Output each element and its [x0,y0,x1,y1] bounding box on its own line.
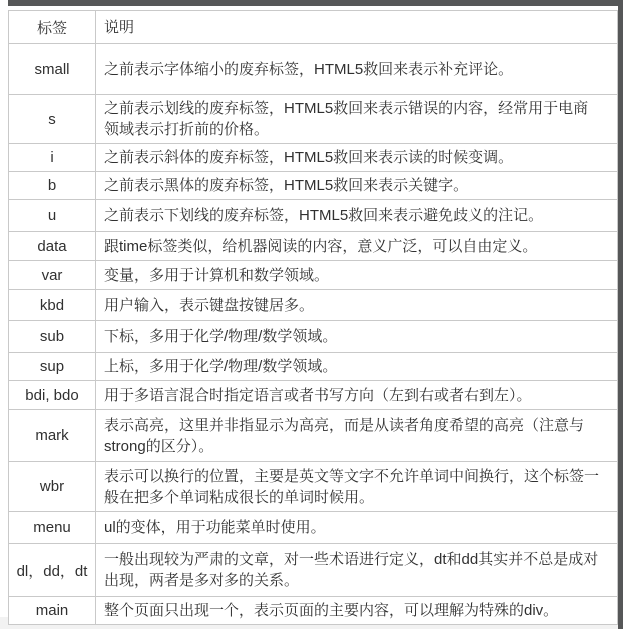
tag-cell: u [9,200,96,232]
description-cell: ul的变体，用于功能菜单时使用。 [96,512,618,544]
table-row: sub 下标，多用于化学/物理/数学领域。 [9,321,618,353]
description-cell: 用于多语言混合时指定语言或者书写方向（左到右或者右到左）。 [96,381,618,410]
table-row: main 整个页面只出现一个，表示页面的主要内容，可以理解为特殊的div。 [9,597,618,625]
description-cell: 之前表示黑体的废弃标签，HTML5救回来表示关键字。 [96,172,618,200]
description-cell: 之前表示字体缩小的废弃标签，HTML5救回来表示补充评论。 [96,44,618,95]
description-cell: 之前表示斜体的废弃标签，HTML5救回来表示读的时候变调。 [96,144,618,172]
table-row: menu ul的变体，用于功能菜单时使用。 [9,512,618,544]
tag-cell: wbr [9,462,96,512]
table-row: b 之前表示黑体的废弃标签，HTML5救回来表示关键字。 [9,172,618,200]
tag-cell: sup [9,353,96,381]
table-row: kbd 用户输入，表示键盘按键居多。 [9,290,618,321]
table-row: bdi, bdo 用于多语言混合时指定语言或者书写方向（左到右或者右到左）。 [9,381,618,410]
tag-cell: b [9,172,96,200]
tag-cell: dl，dd，dt [9,544,96,597]
description-cell: 一般出现较为严肃的文章，对一些术语进行定义，dt和dd其实并不总是成对出现，两者… [96,544,618,597]
table-row: data 跟time标签类似，给机器阅读的内容，意义广泛，可以自由定义。 [9,232,618,261]
description-cell: 之前表示划线的废弃标签，HTML5救回来表示错误的内容，经常用于电商领域表示打折… [96,95,618,144]
top-window-edge [8,0,623,6]
description-cell: 表示可以换行的位置，主要是英文等文字不允许单词中间换行，这个标签一般在把多个单词… [96,462,618,512]
html-tag-reference-table: 标签 说明 small 之前表示字体缩小的废弃标签，HTML5救回来表示补充评论… [8,10,618,625]
table-row: i 之前表示斜体的废弃标签，HTML5救回来表示读的时候变调。 [9,144,618,172]
tag-cell: kbd [9,290,96,321]
description-cell: 上标，多用于化学/物理/数学领域。 [96,353,618,381]
table-row: mark 表示高亮，这里并非指显示为高亮，而是从读者角度希望的高亮（注意与str… [9,410,618,462]
column-header-tag: 标签 [9,11,96,44]
table-row: var 变量，多用于计算机和数学领域。 [9,261,618,290]
table-row: u 之前表示下划线的废弃标签，HTML5救回来表示避免歧义的注记。 [9,200,618,232]
right-window-edge [618,0,623,629]
description-cell: 用户输入，表示键盘按键居多。 [96,290,618,321]
description-cell: 变量，多用于计算机和数学领域。 [96,261,618,290]
description-cell: 整个页面只出现一个，表示页面的主要内容，可以理解为特殊的div。 [96,597,618,625]
table-row: s 之前表示划线的废弃标签，HTML5救回来表示错误的内容，经常用于电商领域表示… [9,95,618,144]
description-cell: 跟time标签类似，给机器阅读的内容，意义广泛，可以自由定义。 [96,232,618,261]
table-row: wbr 表示可以换行的位置，主要是英文等文字不允许单词中间换行，这个标签一般在把… [9,462,618,512]
tag-cell: mark [9,410,96,462]
description-cell: 表示高亮，这里并非指显示为高亮，而是从读者角度希望的高亮（注意与strong的区… [96,410,618,462]
tag-cell: main [9,597,96,625]
column-header-description: 说明 [96,11,618,44]
tag-cell: i [9,144,96,172]
tag-cell: s [9,95,96,144]
table-row: small 之前表示字体缩小的废弃标签，HTML5救回来表示补充评论。 [9,44,618,95]
tag-cell: sub [9,321,96,353]
table-header-row: 标签 说明 [9,11,618,44]
table-row: sup 上标，多用于化学/物理/数学领域。 [9,353,618,381]
description-cell: 之前表示下划线的废弃标签，HTML5救回来表示避免歧义的注记。 [96,200,618,232]
description-cell: 下标，多用于化学/物理/数学领域。 [96,321,618,353]
tag-cell: data [9,232,96,261]
tag-cell: bdi, bdo [9,381,96,410]
tag-cell: small [9,44,96,95]
tag-cell: var [9,261,96,290]
tag-cell: menu [9,512,96,544]
table-row: dl，dd，dt 一般出现较为严肃的文章，对一些术语进行定义，dt和dd其实并不… [9,544,618,597]
